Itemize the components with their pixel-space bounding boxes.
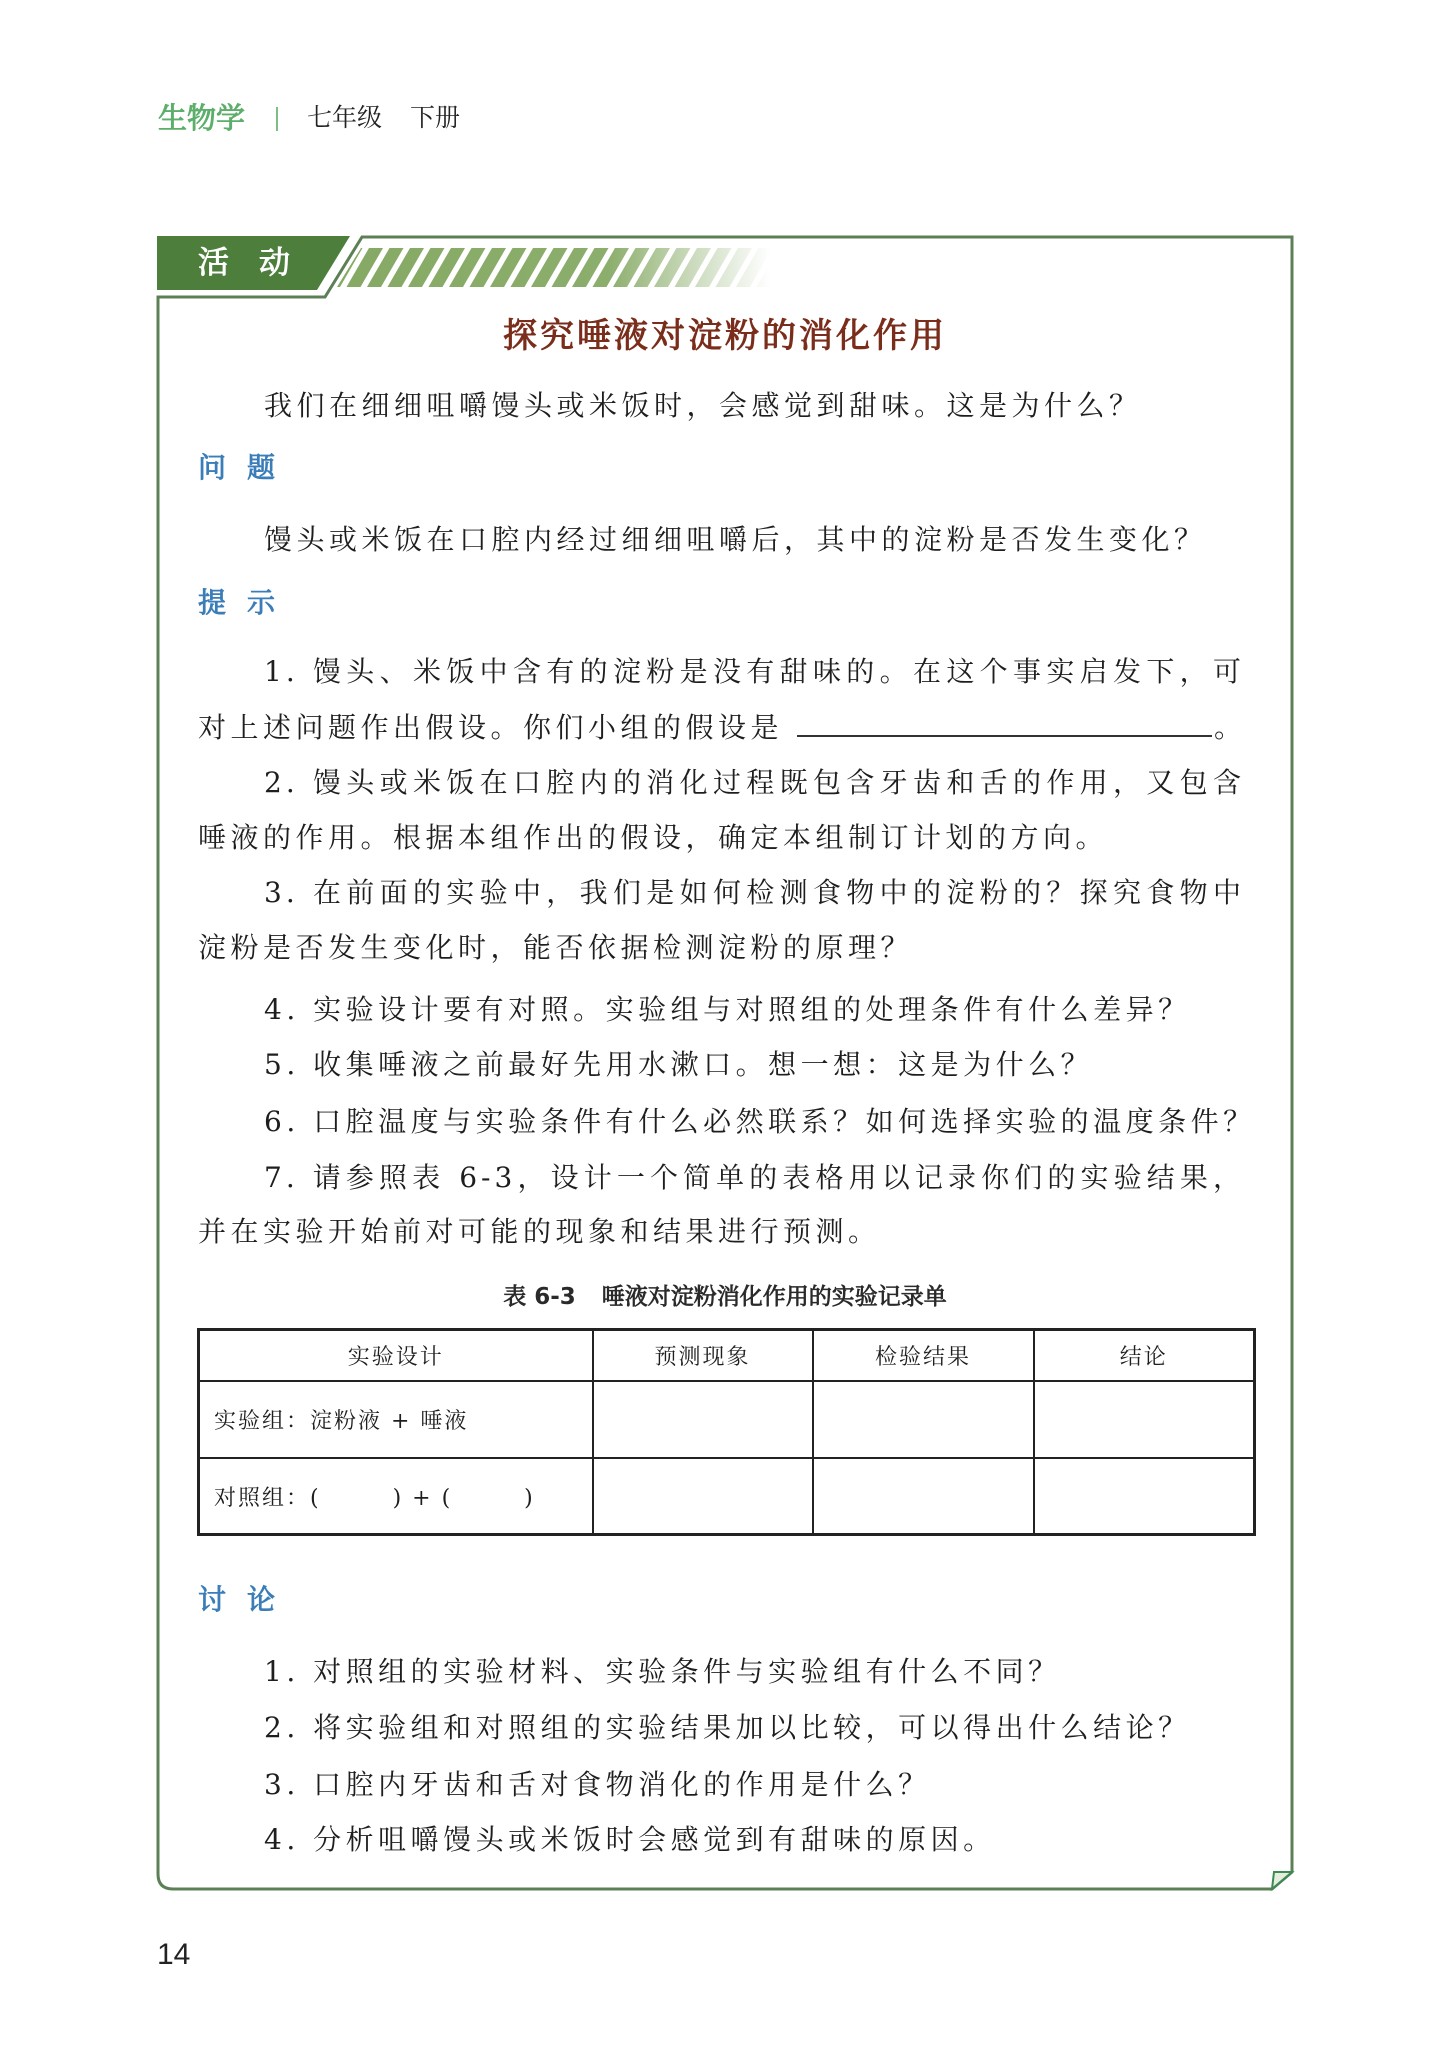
hint-4: 4. 实验设计要有对照。实验组与对照组的处理条件有什么差异？	[264, 990, 1191, 1030]
cell-empty	[813, 1381, 1034, 1458]
hint-3-line-2: 淀粉是否发生变化时，能否依据检测淀粉的原理？	[198, 928, 913, 968]
cell-empty	[593, 1458, 813, 1535]
discussion-heading: 讨论	[198, 1580, 296, 1620]
hints-heading: 提示	[198, 583, 296, 623]
hint-7-line-2: 并在实验开始前对可能的现象和结果进行预测。	[198, 1212, 881, 1252]
hint-1-line-1: 1. 馒头、米饭中含有的淀粉是没有甜味的。在这个事实启发下，可	[264, 652, 1245, 692]
header-prediction: 预测现象	[593, 1330, 813, 1382]
folded-corner-icon	[1272, 1872, 1292, 1889]
header-conclusion: 结论	[1034, 1330, 1255, 1382]
cell-experiment-group: 实验组：淀粉液 + 唾液	[199, 1381, 593, 1458]
table-caption-text: 唾液对淀粉消化作用的实验记录单	[602, 1284, 947, 1310]
hint-1-line-2-text: 对上述问题作出假设。你们小组的假设是	[198, 711, 783, 744]
discussion-item-1: 1. 对照组的实验材料、实验条件与实验组有什么不同？	[264, 1652, 1061, 1692]
table-caption: 表 6-3唾液对淀粉消化作用的实验记录单	[158, 1281, 1292, 1313]
cell-empty	[1034, 1381, 1255, 1458]
volume-label: 下册	[410, 102, 460, 134]
table-row: 对照组：( ) + ( )	[199, 1458, 1255, 1535]
hint-5: 5. 收集唾液之前最好先用水漱口。想一想：这是为什么？	[264, 1045, 1093, 1085]
hint-6: 6. 口腔温度与实验条件有什么必然联系？如何选择实验的温度条件？	[264, 1102, 1256, 1142]
subject-title: 生物学	[158, 100, 245, 136]
decorative-stripes	[330, 248, 780, 287]
hint-1-line-2: 对上述问题作出假设。你们小组的假设是。	[198, 708, 1247, 748]
cell-empty	[813, 1458, 1034, 1535]
question-text: 馒头或米饭在口腔内经过细细咀嚼后，其中的淀粉是否发生变化？	[264, 520, 1207, 560]
experiment-record-table: 实验设计 预测现象 检验结果 结论 实验组：淀粉液 + 唾液 对照组：( ) +…	[197, 1328, 1256, 1536]
table-caption-number: 表 6-3	[503, 1284, 576, 1310]
activity-tab-label: 活动	[198, 243, 320, 283]
header-design: 实验设计	[199, 1330, 593, 1382]
hint-1-line-2-suffix: 。	[1214, 711, 1247, 744]
hint-2-line-1: 2. 馒头或米饭在口腔内的消化过程既包含牙齿和舌的作用，又包含	[264, 763, 1245, 803]
header-result: 检验结果	[813, 1330, 1034, 1382]
cell-control-group: 对照组：( ) + ( )	[199, 1458, 593, 1535]
cell-empty	[1034, 1458, 1255, 1535]
page-number: 14	[157, 1938, 190, 1972]
hint-2-line-2: 唾液的作用。根据本组作出的假设，确定本组制订计划的方向。	[198, 818, 1108, 858]
question-heading: 问题	[198, 448, 296, 488]
activity-title: 探究唾液对淀粉的消化作用	[158, 316, 1292, 356]
intro-text: 我们在细细咀嚼馒头或米饭时，会感觉到甜味。这是为什么？	[264, 386, 1142, 426]
discussion-item-4: 4. 分析咀嚼馒头或米饭时会感觉到有甜味的原因。	[264, 1820, 996, 1860]
header-divider	[276, 107, 278, 131]
grade-label: 七年级	[307, 102, 382, 134]
hint-3-line-1: 3. 在前面的实验中，我们是如何检测食物中的淀粉的？探究食物中	[264, 873, 1245, 913]
discussion-item-2: 2. 将实验组和对照组的实验结果加以比较，可以得出什么结论？	[264, 1708, 1191, 1748]
table-header-row: 实验设计 预测现象 检验结果 结论	[199, 1330, 1255, 1382]
cell-empty	[593, 1381, 813, 1458]
hint-7-line-1: 7. 请参照表 6-3，设计一个简单的表格用以记录你们的实验结果，	[264, 1158, 1245, 1198]
discussion-item-3: 3. 口腔内牙齿和舌对食物消化的作用是什么？	[264, 1765, 931, 1805]
hypothesis-blank	[797, 709, 1212, 737]
table-row: 实验组：淀粉液 + 唾液	[199, 1381, 1255, 1458]
